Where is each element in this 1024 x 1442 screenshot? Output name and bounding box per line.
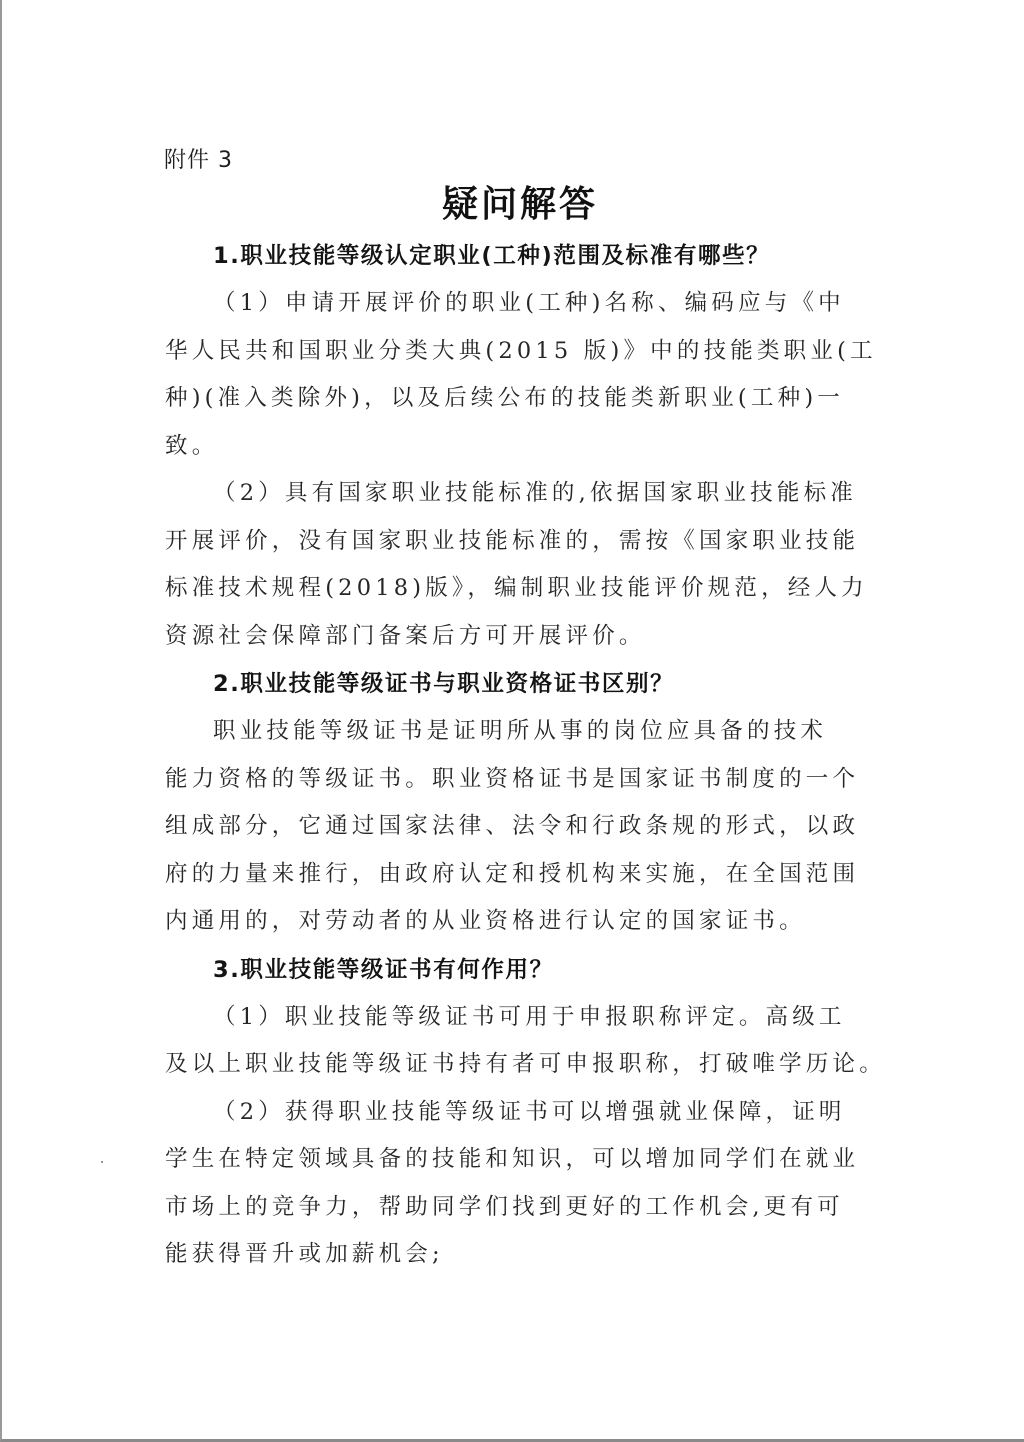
text-line: 市场上的竞争力，帮助同学们找到更好的工作机会,更有可 <box>165 1184 877 1232</box>
answer-paragraph: （1）职业技能等级证书可用于申报职称评定。高级工 及以上职业技能等级证书持有者可… <box>165 994 877 1089</box>
text-line: 学生在特定领域具备的技能和知识，可以增加同学们在就业 <box>165 1136 877 1184</box>
attachment-label: 附件 3 <box>164 143 233 174</box>
answer-paragraph: （2）具有国家职业技能标准的,依据国家职业技能标准 开展评价，没有国家职业技能标… <box>165 470 877 660</box>
text-line: 开展评价，没有国家职业技能标准的，需按《国家职业技能 <box>165 518 877 566</box>
answer-paragraph: 职业技能等级证书是证明所从事的岗位应具备的技术 能力资格的等级证书。职业资格证书… <box>165 708 877 946</box>
scan-speck <box>101 1161 103 1163</box>
text-line: 职业技能等级证书是证明所从事的岗位应具备的技术 <box>165 708 877 756</box>
text-line: 致。 <box>165 423 877 471</box>
question-heading: 2.职业技能等级证书与职业资格证书区别？ <box>165 660 877 708</box>
document-title: 疑问解答 <box>2 176 1024 227</box>
answer-paragraph: （1）申请开展评价的职业(工种)名称、编码应与《中 华人民共和国职业分类大典(2… <box>165 280 877 470</box>
text-line: （1）申请开展评价的职业(工种)名称、编码应与《中 <box>165 280 877 328</box>
text-line: 能获得晋升或加薪机会; <box>165 1231 877 1279</box>
text-line: 资源社会保障部门备案后方可开展评价。 <box>165 613 877 661</box>
text-line: 组成部分，它通过国家法律、法令和行政条规的形式，以政 <box>165 803 877 851</box>
text-line: 内通用的，对劳动者的从业资格进行认定的国家证书。 <box>165 898 877 946</box>
question-heading: 1.职业技能等级认定职业(工种)范围及标准有哪些？ <box>165 232 877 280</box>
answer-paragraph: （2）获得职业技能等级证书可以增强就业保障，证明 学生在特定领域具备的技能和知识… <box>165 1089 877 1279</box>
faq-section-1: 1.职业技能等级认定职业(工种)范围及标准有哪些？ （1）申请开展评价的职业(工… <box>165 232 877 660</box>
text-line: 种)(准入类除外)，以及后续公布的技能类新职业(工种)一 <box>165 375 877 423</box>
text-line: 府的力量来推行，由政府认定和授机构来实施，在全国范围 <box>165 851 877 899</box>
document-page: 附件 3 疑问解答 1.职业技能等级认定职业(工种)范围及标准有哪些？ （1）申… <box>0 0 1024 1442</box>
text-line: 华人民共和国职业分类大典(2015 版)》中的技能类职业(工 <box>165 328 877 376</box>
text-line: （2）具有国家职业技能标准的,依据国家职业技能标准 <box>165 470 877 518</box>
document-body: 1.职业技能等级认定职业(工种)范围及标准有哪些？ （1）申请开展评价的职业(工… <box>165 232 877 1279</box>
faq-section-3: 3.职业技能等级证书有何作用？ （1）职业技能等级证书可用于申报职称评定。高级工… <box>165 946 877 1279</box>
text-line: 标准技术规程(2018)版》，编制职业技能评价规范，经人力 <box>165 565 877 613</box>
text-line: 及以上职业技能等级证书持有者可申报职称，打破唯学历论。 <box>165 1041 877 1089</box>
faq-section-2: 2.职业技能等级证书与职业资格证书区别？ 职业技能等级证书是证明所从事的岗位应具… <box>165 660 877 946</box>
question-heading: 3.职业技能等级证书有何作用？ <box>165 946 877 994</box>
text-line: （1）职业技能等级证书可用于申报职称评定。高级工 <box>165 994 877 1042</box>
text-line: 能力资格的等级证书。职业资格证书是国家证书制度的一个 <box>165 756 877 804</box>
text-line: （2）获得职业技能等级证书可以增强就业保障，证明 <box>165 1089 877 1137</box>
